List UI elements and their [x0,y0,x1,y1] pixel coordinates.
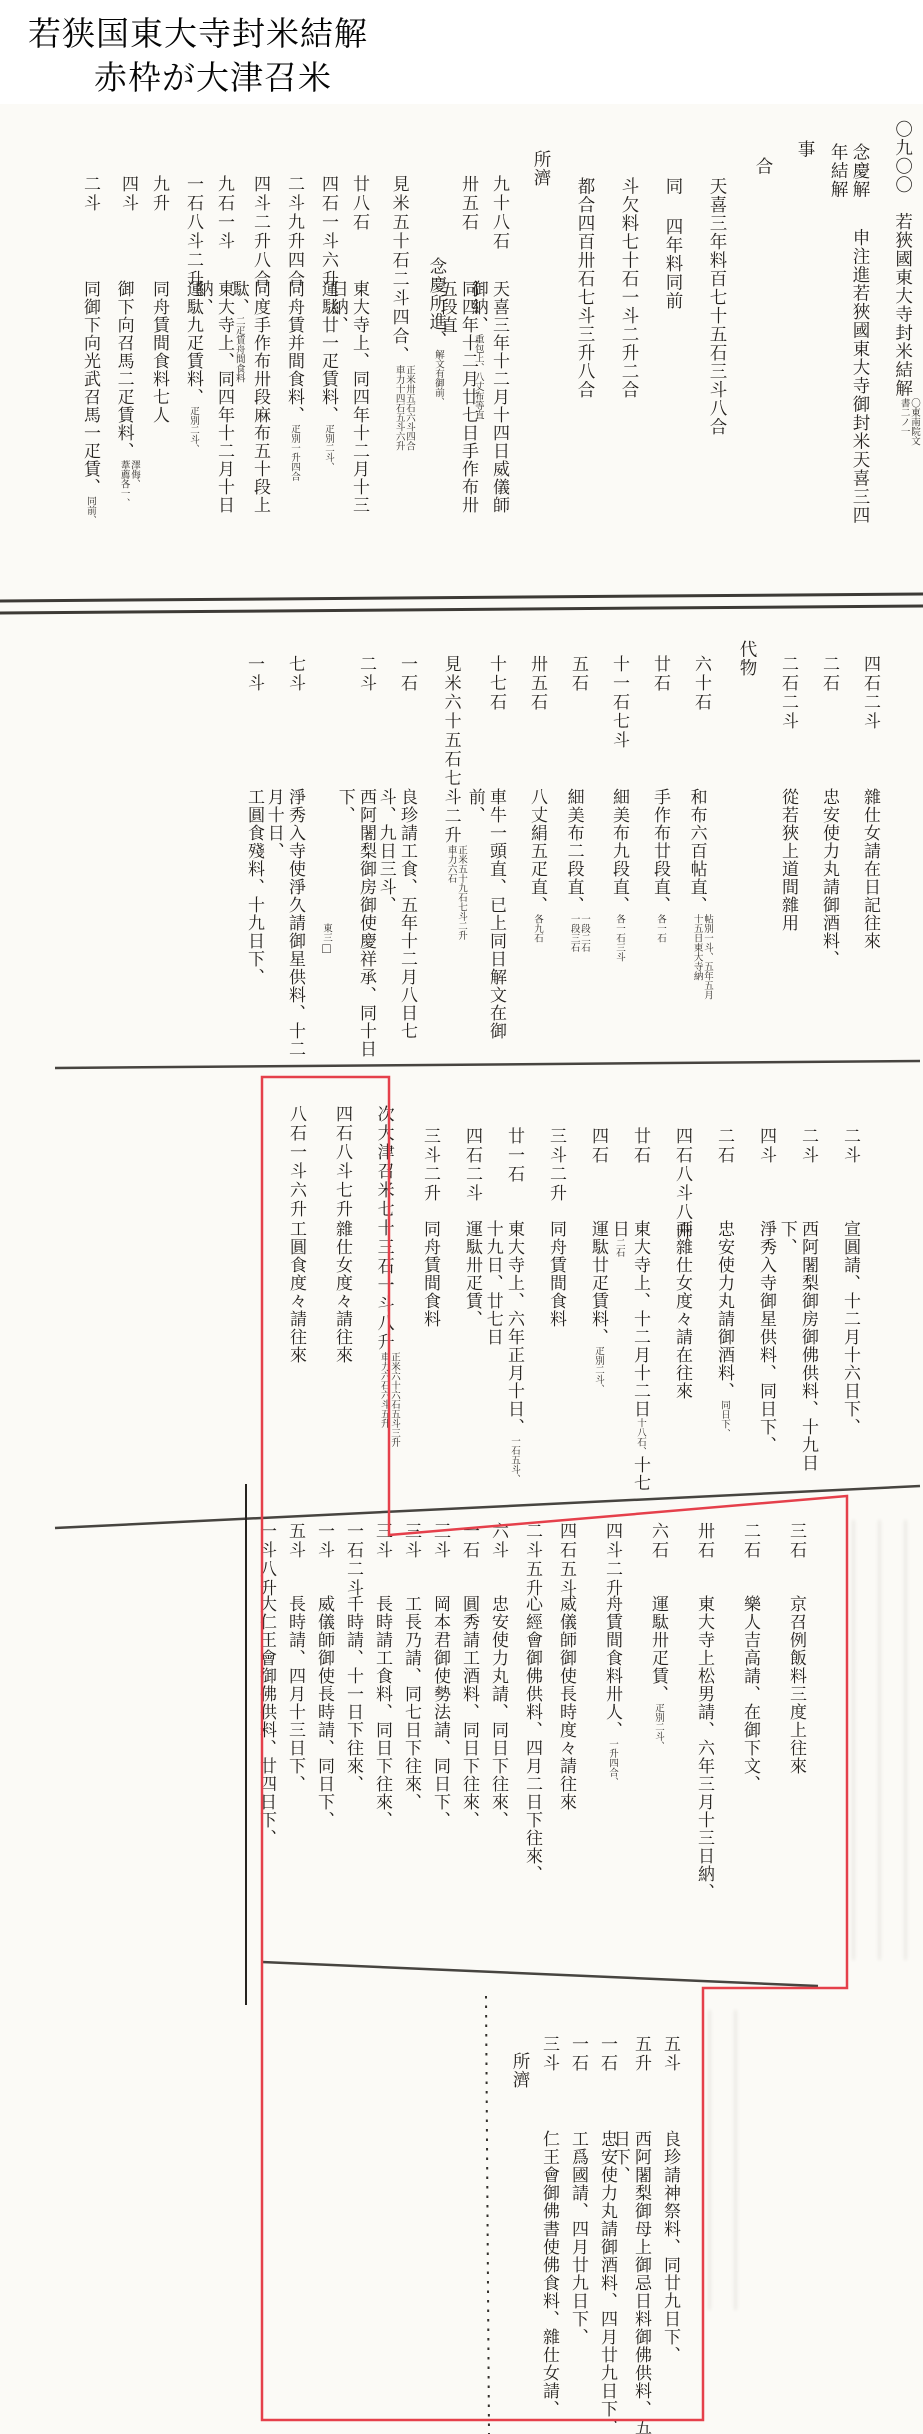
entry-column: 四石運駄廿疋賃料、疋別二斗、 [568,1100,610,1490]
entry-column: 四斗淨秀入寺御星供料、同日下、 [736,1100,778,1490]
entry-column: 五升西阿闍梨御母上御忌日料御佛供料、五日下、 [619,2030,653,2430]
entry-column: 四石五斗威儀師御使長時度々請往來 [544,1510,578,1950]
entry-description: 東大寺上、十二月十二日十八石、十七日二石 [609,1220,652,1496]
entry-column: 廿八石東大寺上、同四年十二月十三日納、 [340,115,371,520]
entry-description: 忠安使力丸請御酒料、 [819,788,840,1071]
small-note: 各九石 [532,914,542,943]
entry-description: 工爲國請、四月廿九日下、 [568,2130,589,2434]
entry-text: 合 [754,157,774,176]
entry-column: 五斗長時請、四月十三日下、 [278,1510,307,1950]
entry-description: 同舟賃間食料 [546,1220,567,1496]
entry-column: 念慶所進、解文有御前、 [415,115,449,520]
entry-column: 三石京召例飯料三度上往來 [762,1510,808,1950]
entry-text: 圓秀請工酒料、同日下往來、 [460,1595,479,1829]
entry-text: 運駄廿疋賃料、 [589,1220,608,1346]
entry-text: 同舟賃間食料 [421,1220,440,1328]
entry-column: 三斗工長乃請、同七日下往來、 [394,1510,423,1950]
entry-description: 宣圓請、十二月十六日下、 [840,1220,861,1496]
entry-column: 廿石東大寺上、十二月十二日十八石、十七日二石 [610,1100,652,1490]
entry-description: 東大寺上、六年正月十日、一石五斗、十九日、廿七日 [483,1220,526,1496]
small-note: 疋別二斗、 [653,1703,663,1751]
entry-amount: 次大津召米七十三石一斗八升正米六十六石五斗三升車力六石六斗五升 [373,1105,399,1486]
entry-column: 六十石和布六百帖直、帖別一斗、五年五月十五日東大寺納 [672,640,713,1065]
entry-text: 事 [796,140,816,159]
entry-text: 都合四百卅石七斗三升八合 [576,177,596,399]
entry-description: 忠安使力丸請、同日下往來、 [488,1595,509,1956]
entry-text: 所濟 [511,2052,531,2089]
section-label: 所濟 [530,150,552,526]
entry-column: 四石八斗八升兩雜仕女度々請在往來 [652,1100,694,1490]
entry-text: 天喜三年料百七十五石三斗八合 [708,177,728,436]
entry-text: 忠安使力丸請、同日下往來、 [489,1595,508,1829]
text-gap [674,196,675,218]
entry-description: 運駄卅疋賃、 [462,1220,483,1496]
entry-description: 和布六百帖直、帖別一斗、五年五月十五日東大寺納 [686,788,712,1071]
entry-text: 細美布二段直、 [565,788,584,914]
entry-column: 見米六十五石七斗二升正米五十九石七斗二升車力六石 [419,640,467,1065]
entry-text: 千時請、十一日下往來、 [344,1595,363,1793]
document-section-daimotsu-payments: 四石二斗雜仕女請在日記往來二石忠安使力丸請御酒料、二石二斗從若狹上道間雜用代物六… [225,640,920,1065]
section-label: 天喜三年料百七十五石三斗八合 [706,177,728,526]
entry-text: 東大寺上松男請、六年三月十三日納、 [695,1595,714,1901]
section-label: 斗欠料七十石一斗二升二合 [618,177,640,526]
entry-text: 忠安使力丸請御酒料、四月廿九日下、 [598,2130,617,2434]
entry-description: 細美布九段直、各一石三斗 [609,788,630,1071]
entry-column: 三斗二升同舟賃間食料 [526,1100,568,1490]
entry-description: 御下向召馬二疋賃料、澤侮、葦薦各一、 [113,280,139,526]
entry-text: 忠安使力丸請御酒料、 [820,788,839,968]
entry-amount: 見米六十五石七斗二升正米五十九石七斗二升車力六石 [440,655,466,1061]
entry-description: 兩雜仕女度々請在往來 [672,1220,693,1496]
small-note: 各一石 [655,914,665,943]
entry-text: 兩雜仕女度々請在往來 [673,1220,692,1400]
entry-column: 東三□ [307,640,337,1065]
entry-text: 所濟 [532,150,552,187]
entry-text: 雜仕女請在日記往來 [861,788,880,950]
entry-text: 仁王會御佛書使佛食料、雜仕女請、 [540,2130,559,2418]
entry-text: 良珍請神祭料、同廿九日下、 [661,2130,680,2364]
entry-column: 見米五十石二斗四合、正米卅五石六斗四合車力十四石五斗六升 [371,115,415,520]
small-note: 疋別二斗、 [593,1346,603,1394]
page-title: 若狭国東大寺封米結解 赤枠が大津召米 [28,12,368,99]
entry-text: 長時請、四月十三日下、 [286,1595,305,1793]
entry-text: 淨秀入寺使淨久請御星供料、十二月十日、 [265,788,305,1058]
entry-column: 天喜三年料百七十五石三斗八合 [685,115,729,520]
entry-text: 御下向召馬二疋賃料、 [115,280,134,460]
entry-column: 四石二斗運駄卅疋賃、 [442,1100,484,1490]
entry-text: 念慶所進、 [428,257,448,350]
entry-text: 東大寺上、六年正月十日、 [505,1220,524,1436]
entry-description: 良珍請工食、五年十二月八日七斗、九日三斗、 [376,788,419,1071]
entry-text: 〇九〇〇 若狹國東大寺封米結解 [894,120,914,398]
entry-description: 運駄廿疋賃料、疋別二斗、 [588,1220,609,1496]
entry-description: 雜仕女請在日記往來 [860,788,881,1071]
small-note: 解文有御前、 [433,350,443,407]
entry-column: 七斗淨秀入寺使淨久請御星供料、十二月十日、 [266,640,307,1065]
entry-text: 念慶解 [851,143,871,199]
entry-description: 圓秀請工酒料、同日下往來、 [459,1595,480,1956]
entry-column: 所濟 [511,115,553,520]
section-label: 東三□ [314,923,336,1071]
double-line-note: 〇東南院文書二ノ一 [898,398,919,446]
entry-text: 京召例飯料三度上往來 [787,1595,806,1775]
small-note: 同日下、 [719,1400,729,1438]
section-label: 都合四百卅石七斗三升八合 [574,177,596,526]
entry-text: 八丈絹五疋直、 [528,788,547,914]
small-note: 東三 [321,923,331,942]
small-note: 各一石三斗 [614,914,624,962]
entry-column: 卅五石同四年十二月廿七日手作布卅五段直 [449,115,480,520]
entry-column: 五斗良珍請神祭料、同廿九日下、 [653,2030,682,2430]
entry-text: 運駄九疋賃料、 [184,280,203,406]
entry-description: 工長乃請、同七日下往來、 [401,1595,422,1956]
entry-column: 一斗威儀師御使長時請、同日下、 [307,1510,336,1950]
entry-text: 申注進若狹國東大寺御封米天喜三四年結解 [829,143,871,525]
entry-column: 代物 [713,640,759,1065]
entry-column: 〇九〇〇 若狹國東大寺封米結解〇東南院文書二ノ一 [872,115,920,520]
entry-description: 手作布廿段直、各一石 [650,788,671,1071]
entry-text: 雜仕女度々請往來 [333,1220,352,1364]
section-label: 念慶所進、解文有御前、 [426,257,448,526]
document-section-otsu-meshimai-expenses: 三石京召例飯料三度上往來二石樂人吉高請、在御下文、卅石東大寺上松男請、六年三月十… [242,1510,920,1950]
entry-text: 淨秀入寺御星供料、同日下、 [757,1220,776,1454]
entry-column: 二石忠安使力丸請御酒料、同日下、 [694,1100,736,1490]
title-line-1: 若狭国東大寺封米結解 [28,12,368,56]
entry-column: 一石二斗千時請、十一日下往來、 [336,1510,365,1950]
entry-description: 工圓食殘料、十九日下、 [244,788,265,1071]
entry-text: 運駄卅疋賃、 [463,1220,482,1328]
entry-column: 二斗九升四合同舟賃并間食料、疋別一升四合 [272,115,306,520]
entry-text: 四年料同前 [664,218,684,311]
entry-text: 同 [664,177,684,196]
entry-column: 二石忠安使力丸請御酒料、 [800,640,841,1065]
entry-description: 岡本君御使勢法請、同日下、 [430,1595,451,1956]
entry-description: 千時請、十一日下往來、 [343,1595,364,1956]
entry-column: 六石運駄卅疋賃、疋別二斗、 [624,1510,670,1950]
entry-column: 卅五石八丈絹五疋直、各九石 [508,640,549,1065]
entry-description: 大仁王會御佛供料、廿四日下、 [256,1595,277,1956]
entry-description: 運駄卅疋賃、疋別二斗、 [648,1595,669,1956]
entry-text: 舟賃間食料卅人、 [603,1595,622,1739]
entry-description: 從若狹上道間雜用 [778,788,799,1071]
double-line-note: 帖別一斗、五年五月十五日東大寺納 [691,914,712,1000]
entry-column: 一石八斗二升運駄九疋賃料、疋別二斗、 [171,115,205,520]
entry-column: 四斗二升八合同度手作布卅段麻布五十段上駄、二疋賃舟間食料 [236,115,272,520]
entry-text: 運駄卅疋賃、 [649,1595,668,1703]
entry-text: 從若狹上道間雜用 [779,788,798,932]
entry-description: 同舟賃并間食料、疋別一升四合 [284,280,305,526]
document-section-kechige-header-and-totals: 〇九〇〇 若狹國東大寺封米結解〇東南院文書二ノ一念慶解申注進若狹國東大寺御封米天… [62,115,920,520]
entry-column: 四斗御下向召馬二疋賃料、澤侮、葦薦各一、 [102,115,140,520]
entry-column: 一石工爲國請、四月廿九日下、 [561,2030,590,2430]
entry-description: 西阿闍梨御房御佛供料、十九日下、 [777,1220,820,1496]
entry-description: 淨秀入寺御星供料、同日下、 [756,1220,777,1496]
small-note: 二石 [614,1238,624,1257]
entry-text: 斗欠料七十石一斗二升二合 [620,177,640,399]
entry-description: 細美布二段直、一段二石一段三石 [563,788,589,1071]
entry-column: 一石圓秀請工酒料、同日下往來、 [452,1510,481,1950]
entry-column: 一斗八升大仁王會御佛供料、廿四日下、 [242,1510,278,1950]
entry-description: 威儀師御使長時請、同日下、 [314,1595,335,1956]
entry-description: 車牛一頭直、已上同日解文在御前、 [465,788,508,1071]
entry-text: 工長乃請、同七日下往來、 [402,1595,421,1811]
entry-text: 岡本君御使勢法請、同日下、 [431,1595,450,1829]
entry-description: 威儀師御使長時度々請往來 [556,1595,577,1956]
entry-text: 同舟賃并間食料、 [285,280,304,424]
entry-description: 八丈絹五疋直、各九石 [527,788,548,1071]
entry-column: 三斗岡本君御使勢法請、同日下、 [423,1510,452,1950]
entry-text: 代物 [738,640,758,677]
double-line-note: 正米六十六石五斗三升車力六石六斗五升 [378,1352,399,1447]
entry-description: 東大寺上松男請、六年三月十三日納、 [694,1595,715,1956]
entry-column: 卅石東大寺上松男請、六年三月十三日納、 [670,1510,716,1950]
small-note: 一石五斗、 [509,1436,519,1484]
small-note: 疋別一升四合 [289,424,299,481]
entry-description: 同舟賃間食料七人 [149,280,170,526]
entry-text: 大仁王會御佛供料、廿四日下、 [257,1595,276,1847]
entry-column: 一石忠安使力丸請御酒料、四月廿九日下、 [590,2030,619,2430]
entry-column: 四斗二升舟賃間食料卅人、一升四合、 [578,1510,624,1950]
entry-column: 二斗西阿闍梨御房御使慶祥承、同十日下、 [337,640,378,1065]
entry-text: 車牛一頭直、已上同日解文在御前、 [466,788,506,1040]
entry-column: 三斗長時請工食料、同日下往來、 [365,1510,394,1950]
section-label: 〇九〇〇 若狹國東大寺封米結解〇東南院文書二ノ一 [892,120,919,526]
entry-text: 同舟賃間食料七人 [150,280,169,424]
entry-text: 手作布廿段直、 [651,788,670,914]
entry-text: 樂人吉高請、在御下文、 [741,1595,760,1793]
entry-column: 九十八石天喜三年十二月十四日威儀師御納、重包上、八丈布等直 [480,115,511,520]
text-gap [861,199,862,229]
small-note: 十八石、 [635,1418,645,1456]
entry-column: 十七石車牛一頭直、已上同日解文在御前、 [467,640,508,1065]
entry-text: 忠安使力丸請御酒料、 [715,1220,734,1400]
entry-column: 次大津召米七十三石一斗八升正米六十六石五斗三升車力六石六斗五升 [354,1100,400,1490]
entry-text: 和布六百帖直、 [688,788,707,914]
section-label: 同四年料同前 [662,177,684,526]
entry-description: 運駄九疋賃料、疋別二斗、 [183,280,204,526]
entry-text: 長時請工食料、同日下往來、 [373,1595,392,1829]
entry-text: 同舟賃間食料 [547,1220,566,1328]
double-line-note: 正米五十九石七斗二升車力六石 [445,845,466,940]
entry-column: 一斗工圓食殘料、十九日下、 [225,640,266,1065]
entry-column: 事 [775,115,817,520]
section-label: 所濟 [509,2052,531,2434]
small-note: 同前、 [85,496,95,525]
entry-column: 九升同舟賃間食料七人 [140,115,171,520]
entry-description: 工圓食度々請往來 [286,1220,307,1496]
double-line-note: 一段二石一段三石 [568,914,589,952]
entry-text: 運駄廿一疋賃料、 [319,280,338,424]
entry-column: 所濟 [498,2030,532,2430]
entry-column: 四石八斗七升雜仕女度々請往來 [308,1100,354,1490]
small-note: 疋別二斗、 [188,406,198,454]
entry-description: 心經會御佛供料、四月二日下往來、 [522,1595,543,1956]
entry-description: 運駄廿一疋賃料、疋別二斗、 [318,280,339,526]
section-label: 念慶解申注進若狹國東大寺御封米天喜三四年結解 [827,143,871,526]
entry-text: 十九日、廿七日 [484,1220,503,1346]
entry-column: 三斗二升同舟賃間食料 [400,1100,442,1490]
entry-column: 九石一斗東大寺上、同四年十二月十日納、 [205,115,236,520]
entry-text: 細美布九段直、 [610,788,629,914]
entry-column: 二斗西阿闍梨御房御佛供料、十九日下、 [778,1100,820,1490]
entry-description: 同舟賃間食料 [420,1220,441,1496]
entry-amount: 見米五十石二斗四合、正米卅五石六斗四合車力十四石五斗六升 [388,175,414,516]
entry-column: 都合四百卅石七斗三升八合 [553,115,597,520]
entry-column: 二斗同御下向光武召馬一疋賃、同前、 [62,115,102,520]
entry-column: 五石細美布二段直、一段二石一段三石 [549,640,590,1065]
entry-description: 京召例飯料三度上往來 [786,1595,807,1956]
entry-description: 長時請工食料、同日下往來、 [372,1595,393,1956]
entry-column: 六斗忠安使力丸請、同日下往來、 [481,1510,510,1950]
entry-column: 二斗五升心經會御佛供料、四月二日下往來、 [510,1510,544,1950]
entry-text: 良珍請工食、五年十二月八日七斗、九日三斗、 [377,788,417,1040]
entry-column: 二石二斗從若狹上道間雜用 [759,640,800,1065]
entry-column: 廿一石東大寺上、六年正月十日、一石五斗、十九日、廿七日 [484,1100,526,1490]
entry-text: 宣圓請、十二月十六日下、 [841,1220,860,1436]
small-note: 一升四合、 [607,1739,617,1787]
entry-description: 西阿闍梨御房御使慶祥承、同十日下、 [335,788,378,1071]
entry-column: 一石良珍請工食、五年十二月八日七斗、九日三斗、 [378,640,419,1065]
entry-text: 心經會御佛供料、四月二日下往來、 [523,1595,542,1883]
entry-text: 工圓食度々請往來 [287,1220,306,1364]
scanned-document-page: 若狭国東大寺封米結解 赤枠が大津召米 〇九〇〇 若狹國東大寺封米結解〇東南院文書… [0,0,923,2434]
section-label: 代物 [736,640,758,1071]
entry-column: 十一石七斗細美布九段直、各一石三斗 [590,640,631,1065]
entry-text: 西阿闍梨御房御使慶祥承、同十日下、 [336,788,376,1058]
entry-description: 淨秀入寺使淨久請御星供料、十二月十日、 [264,788,307,1071]
entry-column: 同四年料同前 [641,115,685,520]
entry-column: 三斗仁王會御佛書使佛食料、雜仕女請、 [532,2030,561,2430]
entry-text: 工爲國請、四月廿九日下、 [569,2130,588,2346]
entry-text: 同御下向光武召馬一疋賃、 [81,280,100,496]
entry-column: 四石二斗雜仕女請在日記往來 [841,640,882,1065]
double-line-note: 正米卅五石六斗四合車力十四石五斗六升 [393,365,414,451]
entry-text: 東大寺上、十二月十二日 [631,1220,650,1418]
entry-column: 二石樂人吉高請、在御下文、 [716,1510,762,1950]
entry-column: 斗欠料七十石一斗二升二合 [597,115,641,520]
entry-description: 良珍請神祭料、同廿九日下、 [660,2130,681,2434]
section-label: 事 [794,140,816,526]
entry-description: 忠安使力丸請御酒料、同日下、 [714,1220,735,1496]
title-line-2: 赤枠が大津召米 [28,56,368,100]
entry-text: 威儀師御使長時度々請往來 [557,1595,576,1811]
entry-description: 長時請、四月十三日下、 [285,1595,306,1956]
reverse-side-showthrough [708,2010,760,2310]
entry-column: 廿石手作布廿段直、各一石 [631,640,672,1065]
section-label: 合 [752,157,774,526]
entry-column: 念慶解申注進若狹國東大寺御封米天喜三四年結解 [817,115,872,520]
entry-description: 樂人吉高請、在御下文、 [740,1595,761,1956]
entry-description: 同御下向光武召馬一疋賃、同前、 [80,280,101,526]
entry-text: 工圓食殘料、十九日下、 [245,788,264,986]
small-note: 疋別二斗、 [323,424,333,472]
document-section-deliveries-and-otsu-meshimai: 二斗宣圓請、十二月十六日下、二斗西阿闍梨御房御佛供料、十九日下、四斗淨秀入寺御星… [262,1100,920,1490]
entry-description: 雜仕女度々請往來 [332,1220,353,1496]
entry-description: 舟賃間食料卅人、一升四合、 [602,1595,623,1956]
double-line-note: 澤侮、葦薦各一、 [118,460,139,508]
reverse-side-showthrough [852,1520,916,1960]
entry-text: 西阿闍梨御房御佛供料、十九日下、 [778,1220,818,1472]
entry-column: 八石一斗六升工圓食度々請往來 [262,1100,308,1490]
entry-column: 二斗宣圓請、十二月十六日下、 [820,1100,862,1490]
entry-description: 仁王會御佛書使佛食料、雜仕女請、 [539,2130,560,2434]
entry-column: 合 [729,115,775,520]
entry-description: 忠安使力丸請御酒料、四月廿九日下、 [597,2130,618,2434]
lacuna-box: □ [319,942,334,958]
entry-column: 四石一斗六升運駄廿一疋賃料、疋別二斗、 [306,115,340,520]
entry-text: 威儀師御使長時請、同日下、 [315,1595,334,1829]
